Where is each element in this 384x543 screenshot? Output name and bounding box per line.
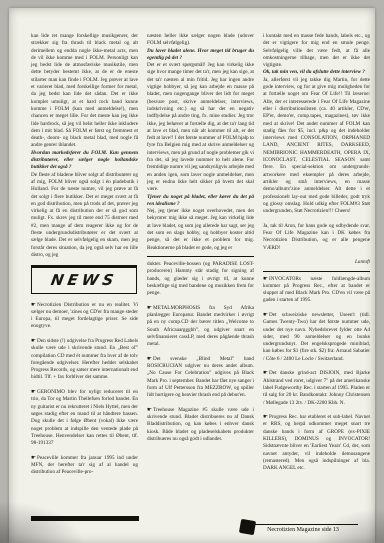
pointing-hand-icon: ☛ [31,302,36,308]
pointing-hand-icon: ☛ [147,356,152,362]
interview-question: Ok, tak min ven, vil du afslutte dette i… [263,69,370,76]
interview-outro: Ja, tak til Aron, for hans gode og udbyd… [263,223,370,252]
news-item: ☛INVOCATORs næste fuldlængde-album komme… [263,276,370,305]
pointing-hand-icon: ☛ [147,305,152,311]
news-item: ☛Peaceville kommer fra januar 1995 ind u… [31,455,138,477]
news-title: NEWS [50,277,117,284]
interview-answer: Ja, allerførst vil jeg takke dig Martin,… [263,77,370,216]
news-item-continuation: dukter. Peaceville-bossen (og PARADISE L… [147,261,254,297]
interview-answer: Det er et svært spørgsmål! Jeg kan virke… [147,62,254,193]
news-item: ☛Progress Rec. har etableret et sub-labe… [263,414,370,472]
pointing-hand-icon: ☛ [31,455,36,461]
news-item-text: GERONIMO blev for nyligt reduceret til e… [31,389,138,446]
page-footer-text: Necrotizien Magazine side 13 [267,527,339,533]
interview-answer: kan lide ret mange forskellige musikgenr… [31,33,138,150]
pointing-hand-icon: ☛ [263,276,268,282]
pointing-hand-icon: ☛ [263,370,268,376]
news-item: ☛Det schweiziske newsletter, Useen't (ti… [263,312,370,363]
news-item: ☛GERONIMO blev for nyligt reduceret til … [31,389,138,447]
interview-answer: Nej, jeg tjener ikke noget overhovedet, … [147,208,254,252]
news-section-header: NEWS [31,265,137,294]
news-item-text: Necrotizien Distribution er nu en realit… [31,302,138,330]
author-signature: Lantoft [263,259,370,266]
news-item-text: INVOCATORs næste fuldlængde-album kommer… [263,276,370,304]
bottom-rule-left-column [31,516,139,521]
news-item: ☛METALMORPHOSIS fra Syd Afrika planlægge… [147,305,254,349]
magazine-page: kan lide ret mange forskellige musikgenr… [9,8,375,543]
scan-background: kan lide ret mange forskellige musikgenr… [0,0,384,543]
news-item-text: Det schweiziske newsletter, Useen't (tid… [263,312,370,362]
column-middle: næsten heller ikke sælger nogen blade (u… [147,33,254,477]
pointing-hand-icon: ☛ [31,389,36,395]
news-item: ☛Den sidste (!) udgivelse fra Progress R… [31,338,138,382]
news-item-text: Peaceville kommer fra januar 1995 ind un… [31,455,138,476]
column-left: kan lide ret mange forskellige musikgenr… [31,33,138,477]
section-divider [147,256,254,257]
news-item: ☛Necrotizien Distribution er nu en reali… [31,302,138,331]
news-item-text: METALMORPHOSIS fra Syd Afrika planlægger… [147,305,254,347]
pointing-hand-icon: ☛ [31,338,36,344]
section-divider [263,271,370,272]
interview-answer: i kontakt med en masse fede bands, label… [263,33,370,69]
news-item-text: Det svenske „Blind Metal” band ROSICRUCI… [147,356,254,398]
interview-answer: næsten heller ikke sælger nogen blade (u… [147,33,254,48]
column-right: i kontakt med en masse fede bands, label… [263,33,370,477]
interview-question: Hvordan markedsfører du FOLM. Kun gennem… [31,150,138,172]
news-item-text: Treehouse Magazine #5 skulle være ude i … [147,407,254,442]
news-item: ☛Det danske grind-act DISJOIN, med Bjark… [263,370,370,406]
news-item: ☛Det svenske „Blind Metal” band ROSICRUC… [147,356,254,400]
interview-question: Tjener du noget på bladet, eller kører d… [147,194,254,209]
news-item-text: Den sidste (!) udgivelse fra Progress Re… [31,338,138,380]
interview-answer: De fleste af bladene bliver solgt af dis… [31,172,138,260]
pointing-hand-icon: ☛ [263,312,268,318]
news-item: ☛Treehouse Magazine #5 skulle være ude i… [147,407,254,443]
page-footer: Necrotizien Magazine side 13 [248,524,358,533]
pointing-hand-icon: ☛ [147,407,152,413]
news-item-text: Progress Rec. har etableret et sub-label… [263,414,370,471]
interview-question: Du laver bladet alene. Hvor meget tid br… [147,48,254,63]
pointing-hand-icon: ☛ [263,414,268,420]
column-layout: kan lide ret mange forskellige musikgenr… [9,8,375,477]
news-item-text: Det danske grind-act DISJOIN, med Bjarke… [263,370,370,405]
